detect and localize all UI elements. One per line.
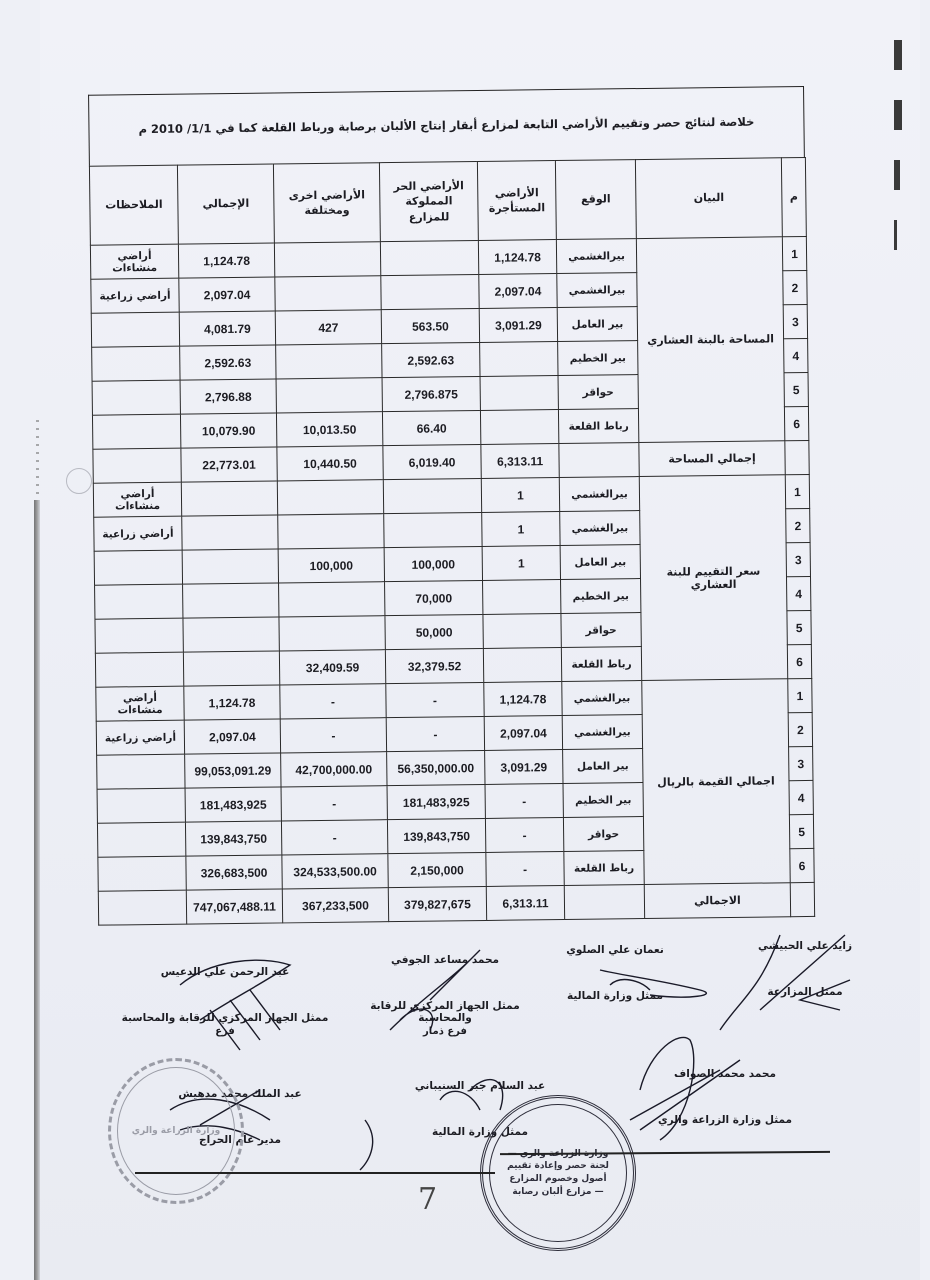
notes-cell	[97, 754, 185, 789]
signatory-4: عبد الرحمن علي الدعيس ممثل الجهاز المركز…	[110, 966, 340, 1037]
location-cell: بيرالغشمي	[559, 477, 639, 512]
row-index: 3	[789, 746, 813, 780]
header-owned-free-land: الأراضي الحر المملوكة للمزارع	[379, 161, 478, 241]
leased-land-cell: 1	[482, 512, 560, 547]
signatory-5: محمد محمد الصواف ممثل وزارة الزراعة والر…	[650, 1068, 800, 1126]
other-land-cell: 10,440.50	[277, 446, 383, 481]
signatory-role: ممثل الجهاز المركزي للرقابة والمحاسبة	[110, 1012, 340, 1024]
other-land-cell: 324,533,500.00	[282, 854, 388, 889]
signatory-name: زايد علي الحبيشي	[730, 940, 880, 952]
owned-land-cell: 70,000	[385, 580, 483, 615]
row-index: 5	[784, 372, 808, 406]
other-land-cell: 42,700,000.00	[281, 752, 387, 787]
location-cell: بيرالغشمي	[562, 715, 642, 750]
leased-land-cell: 1	[482, 546, 560, 581]
owned-land-cell	[383, 478, 481, 513]
signatory-role: ممثل وزارة المالية	[540, 990, 690, 1002]
total-cell	[181, 481, 277, 516]
other-land-cell	[277, 480, 383, 515]
location-cell: بير الخطيم	[558, 341, 638, 376]
other-land-cell: -	[281, 786, 387, 821]
table-header-row: م البيان الوقع الأراضي المستأجرة الأراضي…	[89, 157, 806, 245]
signatory-name: محمد محمد الصواف	[650, 1068, 800, 1080]
leased-land-cell: 2,097.04	[479, 274, 557, 309]
binding-dots	[36, 420, 39, 500]
punch-hole	[66, 468, 92, 494]
signatory-branch: فرع	[110, 1026, 340, 1037]
leased-land-cell: 3,091.29	[479, 308, 557, 343]
location-cell: حواقر	[558, 375, 638, 410]
notes-cell	[95, 584, 183, 619]
row-index: 3	[786, 542, 810, 576]
notes-cell	[92, 380, 180, 415]
owned-land-cell: 56,350,000.00	[387, 750, 485, 785]
header-leased-land: الأراضي المستأجرة	[477, 161, 556, 241]
signatory-2: نعمان علي الصلوي ممثل وزارة المالية	[540, 944, 690, 1002]
row-index: 6	[787, 644, 811, 678]
other-land-cell: 32,409.59	[279, 650, 385, 685]
leased-land-cell: -	[485, 783, 563, 818]
leased-land-cell: 3,091.29	[485, 749, 563, 784]
row-index	[785, 440, 809, 474]
leased-land-cell: 6,313.11	[486, 885, 564, 920]
leased-land-cell	[480, 410, 558, 445]
location-cell: بيرالغشمي	[556, 239, 636, 274]
other-land-cell: -	[280, 718, 386, 753]
owned-land-cell: 6,019.40	[383, 444, 481, 479]
owned-land-cell: -	[386, 716, 484, 751]
other-land-cell	[278, 514, 384, 549]
row-index: 5	[787, 610, 811, 644]
notes-cell	[91, 312, 179, 347]
header-total: الإجمالي	[177, 164, 274, 244]
total-cell	[183, 617, 279, 652]
signatory-3: محمد مساعد الجوفي ممثل الجهاز المركزي لل…	[360, 954, 530, 1037]
location-cell: بير العامل	[563, 749, 643, 784]
summary-label: الاجمالي	[644, 883, 790, 919]
leased-land-cell: 2,097.04	[484, 716, 562, 751]
owned-land-cell: 66.40	[382, 410, 480, 445]
total-cell	[182, 515, 278, 550]
notes-cell	[93, 448, 181, 483]
location-cell: رباط القلعة	[564, 851, 644, 886]
notes-cell: أراضي منشاءات	[90, 244, 178, 279]
notes-cell: أراضي زراعية	[96, 720, 184, 755]
row-index: 2	[788, 712, 812, 746]
signatory-branch: فرع ذمار	[360, 1026, 530, 1037]
total-cell	[183, 651, 279, 686]
owned-land-cell: 563.50	[381, 308, 479, 343]
total-cell: 2,796.88	[180, 379, 276, 414]
total-cell: 10,079.90	[180, 413, 276, 448]
signature-line	[135, 1172, 495, 1174]
location-cell: بيرالغشمي	[562, 681, 642, 716]
total-cell: 1,124.78	[184, 685, 280, 720]
other-land-cell	[274, 242, 380, 277]
signatory-role: ممثل المزارعة	[730, 986, 880, 998]
summary-label: إجمالي المساحة	[639, 441, 785, 477]
other-land-cell	[276, 344, 382, 379]
summary-table: م البيان الوقع الأراضي المستأجرة الأراضي…	[89, 157, 815, 926]
owned-land-cell: 181,483,925	[387, 784, 485, 819]
summary-sheet: خلاصة لنتائج حصر وتقييم الأراضي التابعة …	[88, 86, 814, 926]
leased-land-cell: 1	[481, 478, 559, 513]
signatory-1: زايد علي الحبيشي ممثل المزارعة	[730, 940, 880, 998]
leased-land-cell	[483, 614, 561, 649]
row-index: 4	[789, 780, 813, 814]
owned-land-cell	[380, 240, 478, 275]
total-cell: 139,843,750	[185, 821, 281, 856]
total-cell: 2,097.04	[184, 719, 280, 754]
location-cell: بيرالغشمي	[557, 273, 637, 308]
total-cell: 747,067,488.11	[186, 889, 282, 924]
owned-land-cell: 50,000	[385, 614, 483, 649]
row-index: 2	[783, 270, 807, 304]
location-cell: بيرالغشمي	[560, 511, 640, 546]
notes-cell	[97, 788, 185, 823]
official-stamp: وزارة الزراعة والري — لجنة حصر وإعادة تق…	[480, 1095, 636, 1251]
other-land-cell: 367,233,500	[282, 888, 388, 923]
owned-land-cell	[384, 512, 482, 547]
row-index: 6	[784, 406, 808, 440]
row-index: 2	[786, 508, 810, 542]
leased-land-cell: -	[486, 851, 564, 886]
notes-cell: أراضي منشاءات	[96, 686, 184, 721]
notes-cell	[92, 346, 180, 381]
notes-cell	[98, 890, 186, 925]
page-number: 7	[418, 1182, 437, 1217]
owned-land-cell: 2,592.63	[382, 342, 480, 377]
other-land-cell: -	[280, 684, 386, 719]
signatory-role: ممثل وزارة الزراعة والري	[650, 1114, 800, 1126]
owned-land-cell	[381, 274, 479, 309]
other-land-cell	[279, 616, 385, 651]
header-other-land: الأراضي اخرى ومختلفة	[273, 163, 380, 243]
other-land-cell: 427	[275, 310, 381, 345]
section-label: المساحة بالبنة العشاري	[636, 237, 784, 443]
header-notes: الملاحظات	[89, 165, 178, 245]
location-cell: حواقر	[563, 817, 643, 852]
other-land-cell: 10,013.50	[276, 412, 382, 447]
leased-land-cell	[483, 580, 561, 615]
notes-cell: أراضي زراعية	[94, 516, 182, 551]
leased-land-cell: 1,124.78	[478, 240, 556, 275]
signatory-name: عبد السلام جبر السنيباني	[400, 1080, 560, 1092]
other-land-cell	[275, 276, 381, 311]
total-cell: 1,124.78	[178, 243, 274, 278]
notes-cell	[98, 856, 186, 891]
total-cell: 99,053,091.29	[185, 753, 281, 788]
other-land-cell	[279, 582, 385, 617]
section-label: اجمالي القيمة بالريال	[642, 679, 790, 885]
total-cell: 4,081.79	[179, 311, 275, 346]
section-label: سعر التقييم للبنة العشاري	[639, 475, 787, 681]
notes-cell	[95, 618, 183, 653]
faded-stamp: وزارة الزراعة والري	[108, 1058, 244, 1204]
row-index: 1	[785, 474, 809, 508]
signatory-name: عبد الرحمن علي الدعيس	[110, 966, 340, 978]
total-cell: 22,773.01	[181, 447, 277, 482]
location-cell	[559, 443, 639, 478]
notes-cell	[92, 414, 180, 449]
other-land-cell: -	[281, 820, 387, 855]
notes-cell	[97, 822, 185, 857]
document-title: خلاصة لنتائج حصر وتقييم الأراضي التابعة …	[88, 86, 805, 166]
notes-cell: أراضي منشاءات	[93, 482, 181, 517]
leased-land-cell: 6,313.11	[481, 444, 559, 479]
owned-land-cell: 2,150,000	[388, 852, 486, 887]
header-index: م	[781, 157, 806, 236]
table-body: 1المساحة بالبنة العشاريبيرالغشمي1,124.78…	[90, 236, 814, 925]
leased-land-cell	[480, 376, 558, 411]
location-cell: رباط القلعة	[561, 647, 641, 682]
row-index: 1	[788, 678, 812, 712]
row-index: 4	[786, 576, 810, 610]
location-cell: بير الخطيم	[563, 783, 643, 818]
location-cell: بير العامل	[560, 545, 640, 580]
owned-land-cell: 139,843,750	[387, 818, 485, 853]
total-cell: 2,592.63	[180, 345, 276, 380]
total-cell: 181,483,925	[185, 787, 281, 822]
location-cell: بير العامل	[557, 307, 637, 342]
row-index: 3	[783, 304, 807, 338]
other-land-cell: 100,000	[278, 548, 384, 583]
row-index: 1	[782, 236, 806, 270]
total-cell: 326,683,500	[186, 855, 282, 890]
binding-edge	[34, 500, 40, 1280]
header-location: الوقع	[555, 160, 636, 240]
owned-land-cell: 2,796.875	[382, 376, 480, 411]
leased-land-cell	[483, 648, 561, 683]
total-cell	[182, 549, 278, 584]
other-land-cell	[276, 378, 382, 413]
owned-land-cell: -	[386, 682, 484, 717]
signatory-name: نعمان علي الصلوي	[540, 944, 690, 956]
row-index: 5	[789, 814, 813, 848]
location-cell: بير الخطيم	[561, 579, 641, 614]
owned-land-cell: 379,827,675	[388, 886, 486, 921]
leased-land-cell	[480, 342, 558, 377]
location-cell: رباط القلعة	[558, 409, 638, 444]
leased-land-cell: 1,124.78	[484, 682, 562, 717]
notes-cell	[95, 652, 183, 687]
scan-edge-marks	[894, 40, 904, 280]
notes-cell	[94, 550, 182, 585]
row-index: 6	[790, 848, 814, 882]
owned-land-cell: 32,379.52	[385, 648, 483, 683]
notes-cell: أراضي زراعية	[91, 278, 179, 313]
total-cell: 2,097.04	[179, 277, 275, 312]
total-cell	[183, 583, 279, 618]
row-index: 4	[784, 338, 808, 372]
signatory-name: محمد مساعد الجوفي	[360, 954, 530, 966]
leased-land-cell: -	[485, 817, 563, 852]
owned-land-cell: 100,000	[384, 546, 482, 581]
header-description: البيان	[635, 158, 782, 239]
location-cell	[564, 885, 644, 920]
signatory-role: ممثل الجهاز المركزي للرقابة والمحاسبة	[360, 1000, 530, 1024]
row-index	[790, 882, 814, 916]
location-cell: حواقر	[561, 613, 641, 648]
